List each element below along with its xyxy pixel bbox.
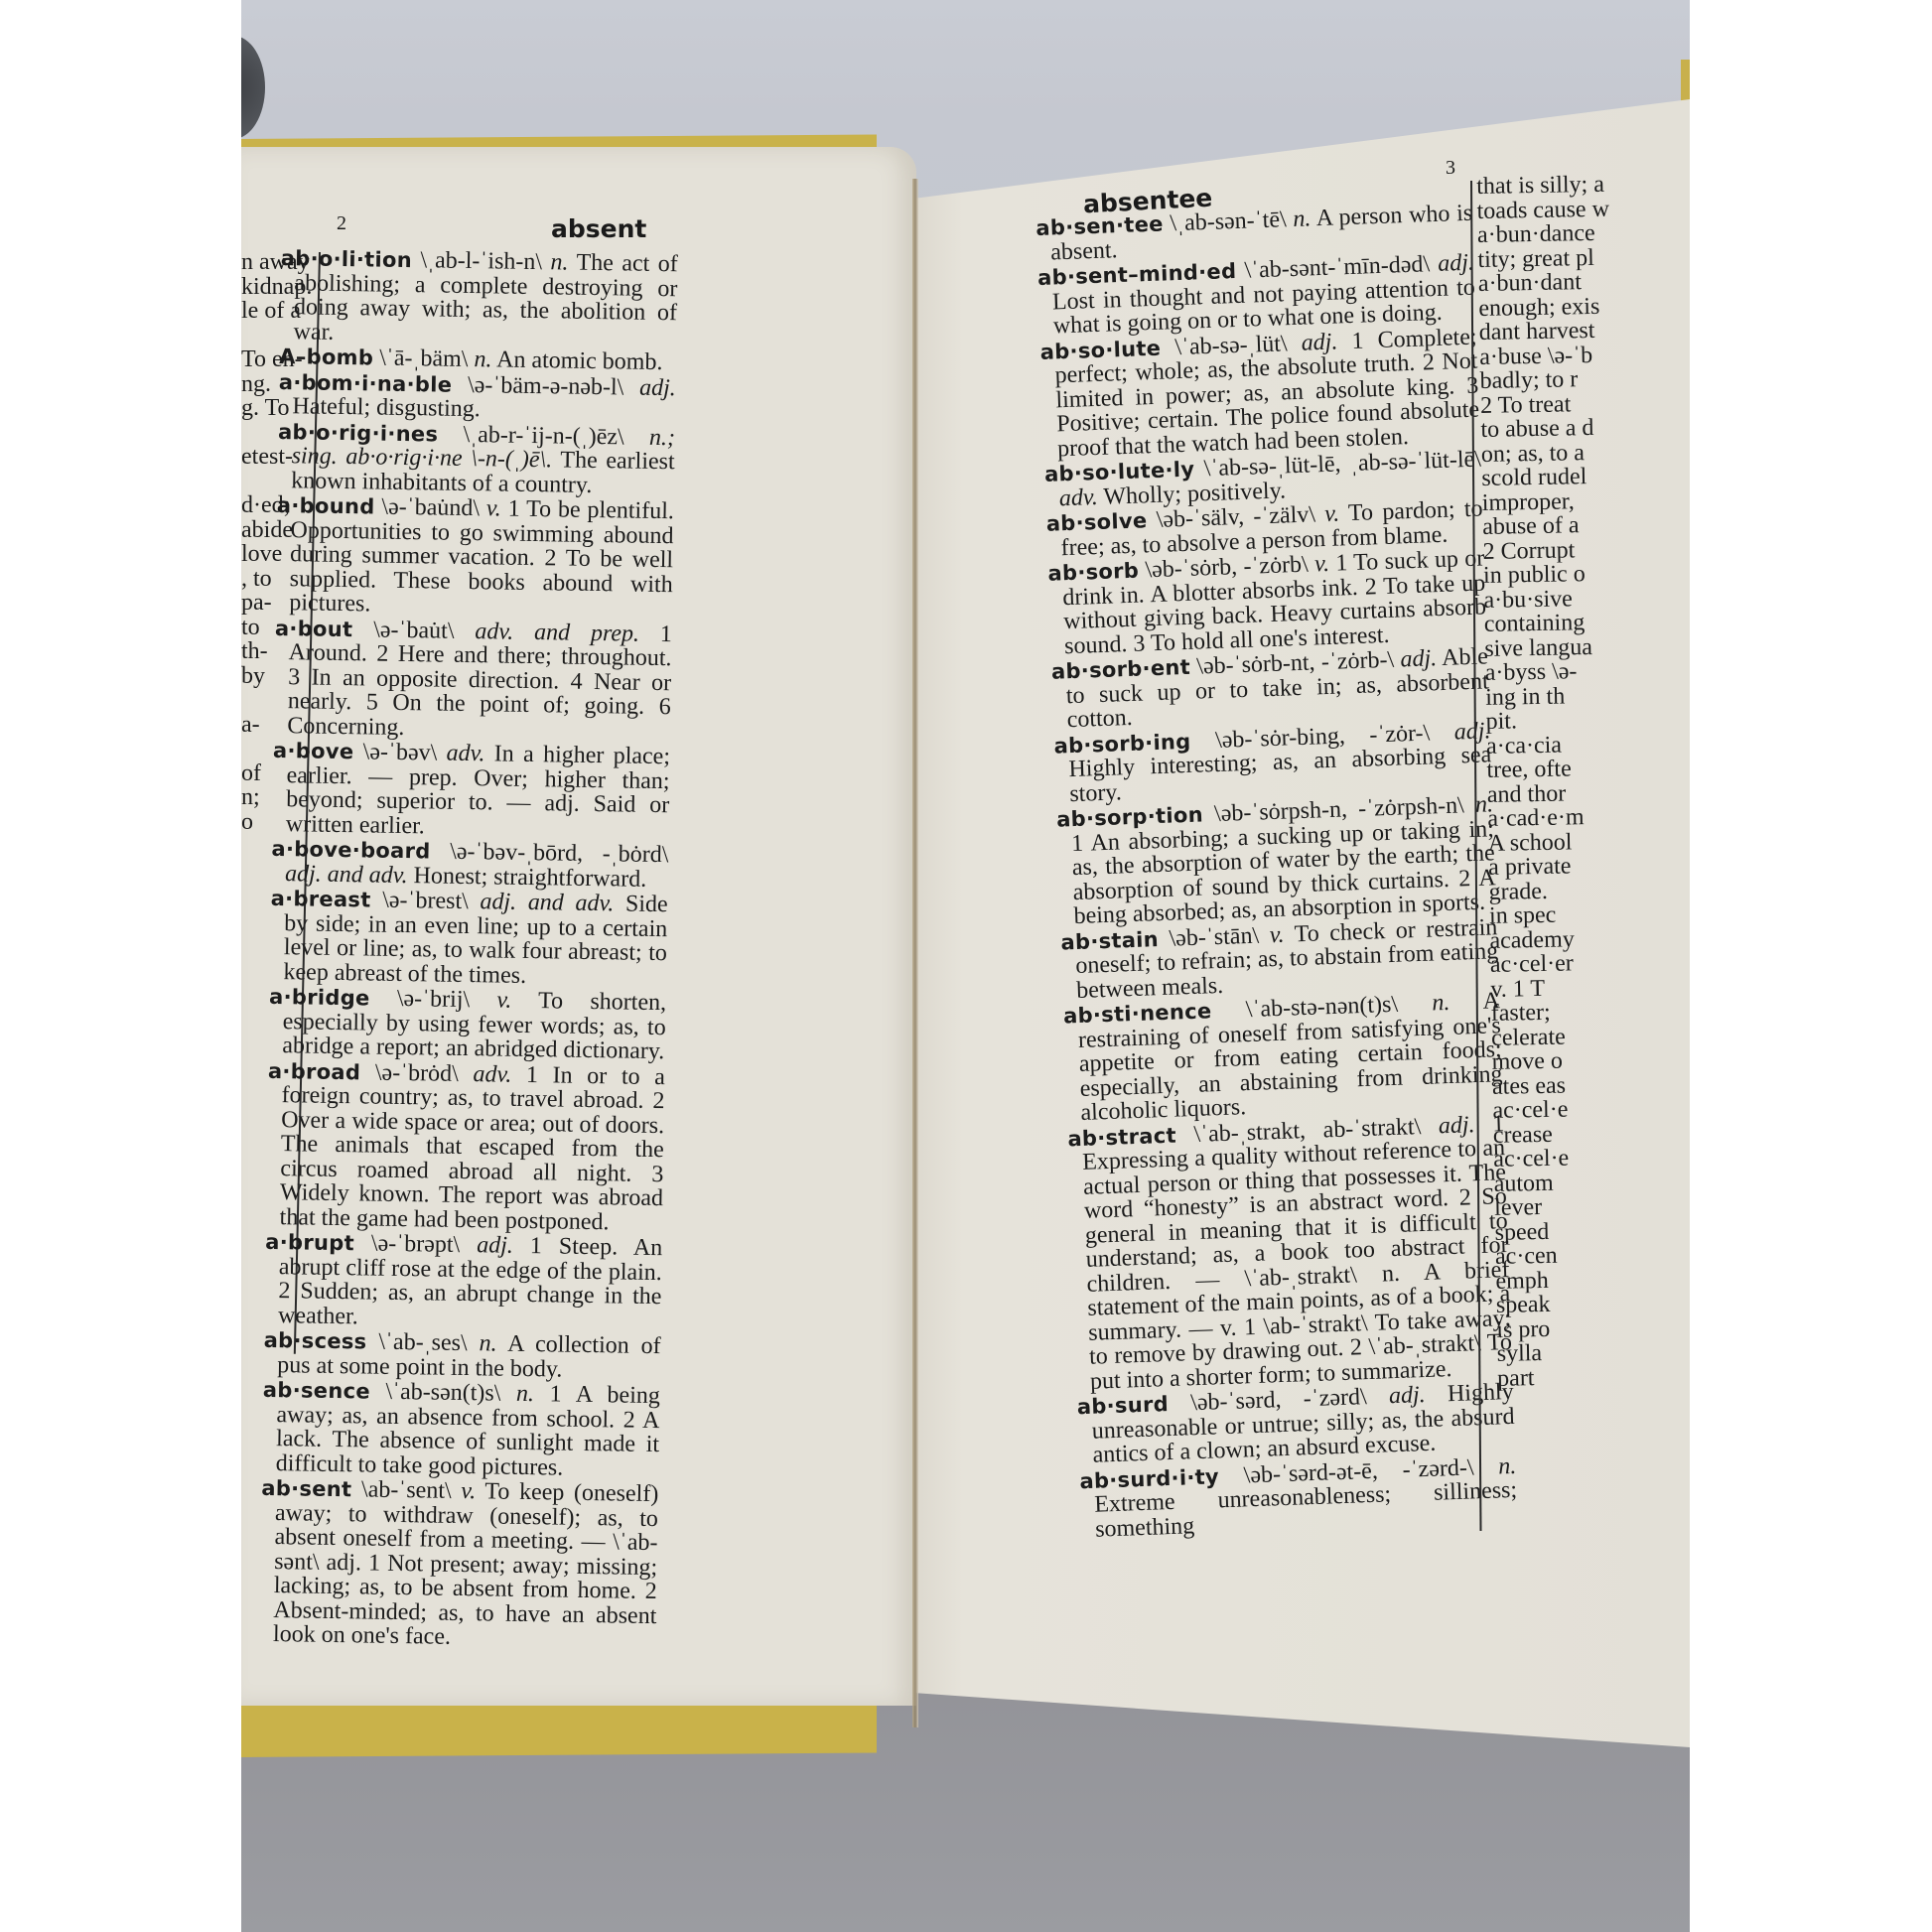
entry-part-of-speech: adj.	[1438, 250, 1475, 277]
text-fragment: lever	[1494, 1192, 1690, 1220]
dictionary-entry: ab·stract \ˈab-ˌstrakt, ab-ˈstrakt\ adj.…	[1067, 1112, 1513, 1395]
entry-part-of-speech: n.	[1293, 206, 1311, 232]
entry-definition: Hateful; disgusting.	[292, 393, 481, 422]
text-fragment: ac·cen	[1495, 1241, 1690, 1269]
entry-definition: To keep (oneself) away; to withdraw (one…	[273, 1478, 659, 1650]
entry-pronunciation: \ə-ˈbau̇t\	[352, 617, 475, 644]
entry-part-of-speech: n.	[1432, 990, 1450, 1017]
text-fragment: speak	[1496, 1290, 1690, 1317]
text-fragment: ac·cel·er	[1490, 949, 1690, 977]
entry-part-of-speech: adj.	[1301, 329, 1338, 355]
entry-headword: ab·sent	[261, 1476, 351, 1501]
page-number: 3	[1446, 157, 1455, 180]
entry-headword: a·bove·board	[271, 837, 430, 864]
entry-column: ab·sen·tee \ˌab-sən-ˈtē\ n. A person who…	[1035, 202, 1518, 1544]
text-fragment: sylla	[1497, 1338, 1690, 1366]
dictionary-entry: a·bout \ə-ˈbau̇t\ adv. and prep. 1 Aroun…	[273, 616, 672, 744]
text-fragment: that is silly; a	[1476, 171, 1690, 199]
dictionary-entry: ab·o·rig·i·nes \ˌab-r-ˈij-n-(ˌ)ēz\ n.; s…	[277, 419, 675, 498]
text-fragment: containing	[1484, 609, 1690, 636]
left-page: 2 absent n awaykidnap.le of a To en-ng.g…	[241, 147, 916, 1706]
entry-part-of-speech: n.	[550, 249, 568, 275]
entry-part-of-speech: v.	[461, 1478, 476, 1504]
entry-part-of-speech: adj.	[639, 374, 676, 401]
text-fragment: a private	[1488, 852, 1690, 880]
entry-headword: a·brupt	[265, 1230, 354, 1255]
text-fragment: enough; exis	[1478, 293, 1690, 321]
text-fragment: 2 Corrupt	[1482, 536, 1690, 564]
text-fragment: a·ca·cia	[1486, 731, 1690, 759]
text-fragment: a·bun·dance	[1477, 219, 1690, 247]
entry-headword: a·bout	[275, 616, 353, 640]
dictionary-entry: a·brupt \ə-ˈbrəpt\ adj. 1 Steep. An abru…	[264, 1230, 662, 1333]
entry-definition: 1 Expressing a quality without reference…	[1082, 1111, 1512, 1395]
dictionary-entry: ab·sorb \əb-ˈsȯrb, -ˈzȯrb\ v. 1 To suck …	[1047, 546, 1487, 658]
entry-pronunciation: \ə-ˈbrȯd\	[360, 1059, 474, 1087]
entry-pronunciation: \ˌab-sən-ˈtē\	[1163, 207, 1294, 237]
entry-headword: ab·o·li·tion	[281, 246, 413, 272]
text-fragment: pit.	[1485, 706, 1690, 734]
entry-part-of-speech: v.	[1269, 921, 1285, 948]
text-fragment: a·bu·sive	[1483, 585, 1690, 613]
entry-pronunciation: \ab-ˈsent\	[351, 1476, 461, 1504]
entry-part-of-speech: n.	[516, 1381, 534, 1407]
dictionary-entry: a·bove \ə-ˈbəv\ adv. In a higher place; …	[272, 739, 670, 842]
entry-headword: ab·sence	[263, 1378, 370, 1404]
text-fragment: badly; to r	[1479, 365, 1690, 393]
text-fragment: v. 1 T	[1490, 974, 1690, 1002]
text-fragment: ing in th	[1485, 682, 1690, 710]
dictionary-entry: ab·surd·i·ty \əb-ˈsərd-ət-ē, -ˈzərd-\ n.…	[1079, 1453, 1518, 1542]
text-fragment: a·bun·dant	[1478, 268, 1690, 296]
entry-pronunciation: \ə-ˈbrest\	[370, 888, 480, 915]
book-photo: 2 absent n awaykidnap.le of a To en-ng.g…	[241, 0, 1690, 1932]
text-fragment: crease	[1493, 1120, 1690, 1148]
text-fragment: scold rudel	[1481, 463, 1690, 490]
dictionary-entry: a·bom·i·na·ble \ə-ˈbäm-ə-nəb-l\ adj. Hat…	[278, 369, 676, 424]
dictionary-entry: a·bove·board \ə-ˈbəv-ˌbōrd, -ˌbȯrd\ adj.…	[271, 837, 669, 892]
entry-definition: 1 An absorbing; a sucking up or taking i…	[1071, 816, 1496, 929]
entry-headword: a·bridge	[269, 985, 370, 1011]
entry-headword: ab·o·rig·i·nes	[278, 419, 439, 446]
text-fragment: a·cad·e·m	[1487, 803, 1690, 831]
text-fragment: in public o	[1483, 560, 1690, 588]
entry-part-of-speech: adj. and adv.	[285, 861, 408, 889]
entry-part-of-speech: v.	[1314, 551, 1330, 578]
entry-headword: a·bove	[273, 739, 354, 763]
text-fragment: academy	[1489, 925, 1690, 953]
page-number: 2	[337, 212, 346, 235]
dictionary-entry: ab·so·lute \ˈab-sə-ˌlüt\ adj. 1 Complete…	[1039, 325, 1480, 462]
text-fragment: abuse of a	[1482, 511, 1690, 539]
guide-word: absent	[551, 214, 646, 243]
text-fragment: grade.	[1488, 877, 1690, 904]
entry-pronunciation: \ə-ˈbəv\	[353, 739, 447, 765]
text-fragment: and thor	[1487, 779, 1690, 807]
entry-part-of-speech: adj.	[477, 1232, 513, 1259]
entry-headword: a·bound	[277, 493, 375, 519]
dictionary-entry: ab·o·li·tion \ˌab-l-ˈish-n\ n. The act o…	[279, 246, 677, 349]
text-fragment: to abuse a d	[1480, 414, 1690, 442]
entry-part-of-speech: n.	[474, 346, 491, 372]
dictionary-entry: a·bound \ə-ˈbau̇nd\ v. 1 To be plentiful…	[275, 493, 674, 621]
text-fragment: improper,	[1482, 487, 1690, 515]
dictionary-entry: a·bridge \ə-ˈbrij\ v. To shorten, especi…	[268, 985, 666, 1064]
entry-part-of-speech: adv.	[446, 741, 484, 767]
text-fragment: speed	[1494, 1217, 1690, 1245]
entry-column: ab·o·li·tion \ˌab-l-ˈish-n\ n. The act o…	[259, 246, 678, 1654]
entry-pronunciation: \ə-ˈbau̇nd\	[374, 494, 486, 522]
entry-part-of-speech: v.	[486, 495, 501, 521]
dictionary-entry: ab·sent \ab-ˈsent\ v. To keep (oneself) …	[259, 1476, 659, 1653]
entry-definition: An atomic bomb.	[491, 346, 662, 375]
entry-pronunciation: \ˈab-ˌses\	[366, 1328, 480, 1356]
text-fragment: tree, ofte	[1486, 755, 1690, 782]
text-fragment: sive langua	[1484, 633, 1690, 661]
entry-part-of-speech: adj.	[1438, 1112, 1475, 1139]
entry-pronunciation: \ˈā-ˌbäm\	[373, 345, 475, 372]
text-fragment: part	[1497, 1362, 1690, 1390]
entry-part-of-speech: adv.	[473, 1061, 511, 1088]
entry-headword: ab·sen·tee	[1035, 212, 1164, 240]
text-fragment: 2 To treat	[1480, 390, 1690, 418]
entry-headword: a·broad	[268, 1058, 361, 1083]
entry-headword: a·bom·i·na·ble	[279, 369, 453, 396]
entry-pronunciation: \ə-ˈbrij\	[369, 986, 496, 1014]
entry-part-of-speech: n.	[479, 1330, 496, 1356]
text-fragment: on; as, to a	[1481, 439, 1690, 467]
text-fragment: toads cause w	[1476, 196, 1690, 223]
text-fragment: is pro	[1496, 1313, 1690, 1341]
text-fragment: autom	[1494, 1169, 1690, 1196]
book-gutter	[912, 179, 918, 1727]
background-object	[241, 36, 265, 139]
text-fragment: ac·cel·e	[1493, 1144, 1690, 1172]
text-fragment: a·byss \ə-	[1485, 657, 1690, 685]
dictionary-entry: a·breast \ə-ˈbrest\ adj. and adv. Side b…	[269, 887, 667, 990]
entry-part-of-speech: adj.	[1400, 645, 1438, 672]
text-fragment: celerate	[1491, 1023, 1690, 1050]
next-column-fragment: that is silly; atoads cause wa·bun·dance…	[1476, 171, 1690, 1391]
entry-part-of-speech: v.	[496, 988, 511, 1014]
text-fragment: faster;	[1491, 998, 1690, 1026]
entry-part-of-speech: adv.	[1058, 483, 1098, 510]
dictionary-entry: ab·sorp·tion \əb-ˈsȯrpsh-n, -ˈzȯrpsh-n\ …	[1056, 792, 1497, 929]
text-fragment: ac·cel·e	[1492, 1095, 1690, 1123]
right-page: 3 absentee ab·sen·tee \ˌab-sən-ˈtē\ n. A…	[916, 99, 1690, 1747]
text-fragment: dant harvest	[1479, 317, 1690, 345]
text-fragment: move o	[1491, 1046, 1690, 1074]
text-fragment: emph	[1495, 1265, 1690, 1293]
text-fragment: ates eas	[1492, 1071, 1690, 1099]
dictionary-entry: a·broad \ə-ˈbrȯd\ adv. 1 In or to a fore…	[265, 1058, 665, 1235]
entry-pronunciation: \ə-ˈbrəpt\	[354, 1230, 478, 1258]
entry-part-of-speech: v.	[1324, 501, 1340, 528]
text-fragment: A school	[1488, 828, 1690, 856]
text-fragment: in spec	[1489, 900, 1690, 928]
dictionary-entry: ab·sence \ˈab-sən(t)s\ n. 1 A being away…	[262, 1378, 660, 1481]
entry-part-of-speech: adj.	[1389, 1382, 1427, 1409]
entry-headword: ab·scess	[264, 1328, 367, 1354]
text-fragment: a·buse \ə-ˈb	[1479, 342, 1690, 369]
dictionary-entry: ab·scess \ˈab-ˌses\ n. A collection of p…	[263, 1328, 661, 1383]
entry-part-of-speech: n.	[1498, 1452, 1517, 1479]
entry-headword: A–bomb	[279, 345, 373, 369]
entry-definition: 1 In or to a foreign country; as, to tra…	[279, 1061, 665, 1235]
entry-headword: a·breast	[270, 887, 370, 912]
dictionary-entry: ab·sti·nence \ˈab-stə-nən(t)s\ n. A rest…	[1063, 989, 1504, 1126]
text-fragment: tity; great pl	[1477, 244, 1690, 272]
